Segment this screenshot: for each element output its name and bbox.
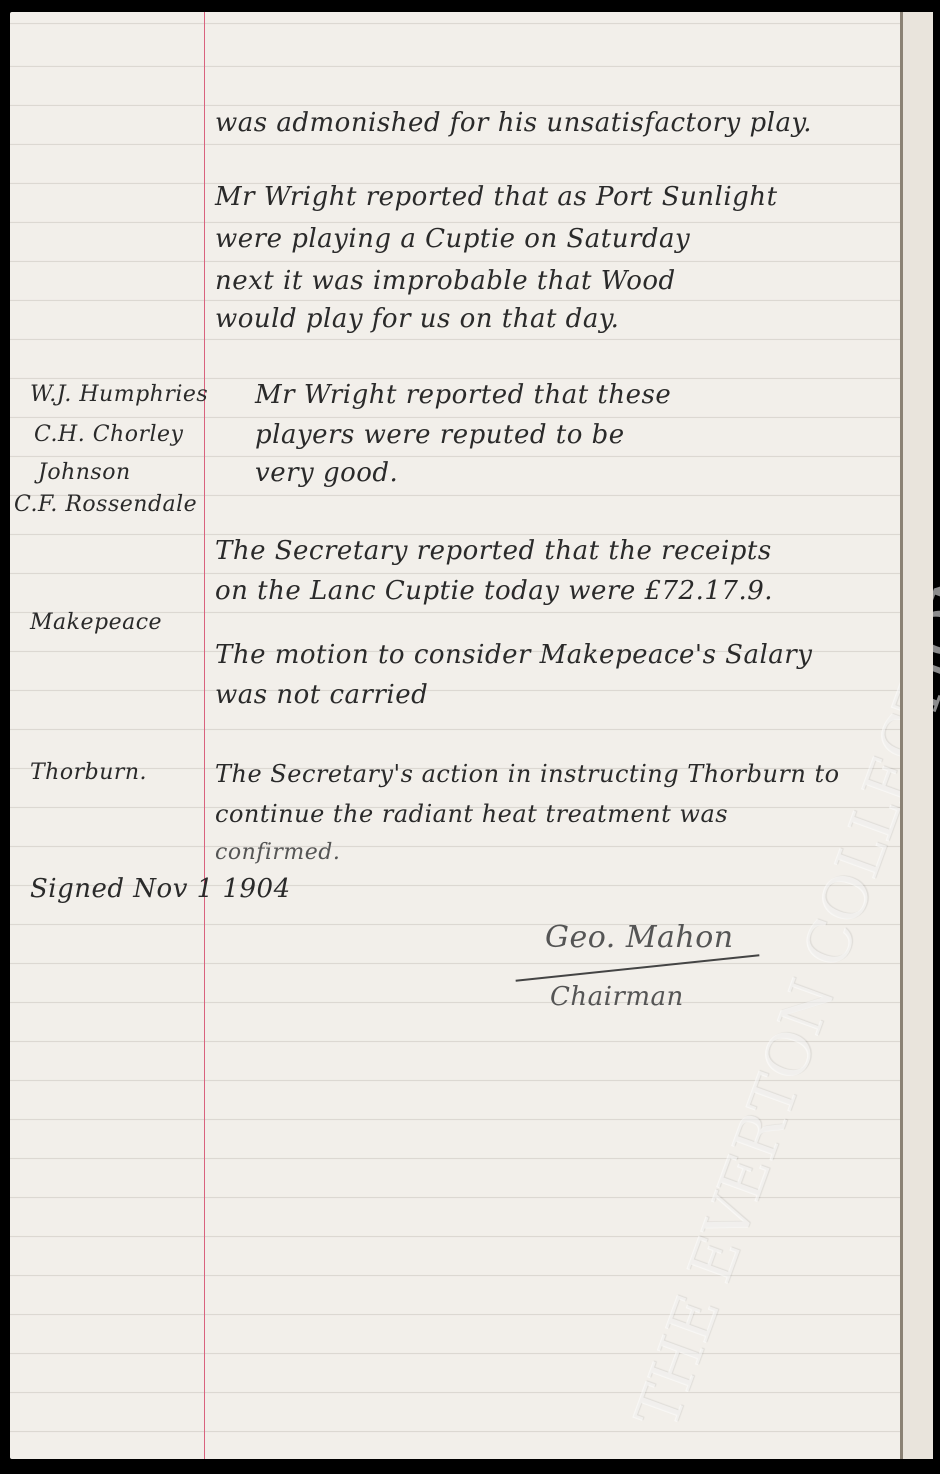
entry-line: were playing a Cuptie on Saturday [215,224,690,254]
margin-note: W.J. Humphries [30,382,208,407]
entry-line: on the Lanc Cuptie today were £72.17.9. [215,576,773,606]
entry-line: very good. [255,458,398,488]
entry-line: was admonished for his unsatisfactory pl… [215,108,812,138]
margin-note: Makepeace [30,610,162,635]
entry-line: next it was improbable that Wood [215,266,676,296]
entry-line: players were reputed to be [255,420,625,450]
margin-note: Thorburn. [30,760,147,785]
page-edge [900,12,933,1459]
watermark: THE EVERTON COLLECTION CHARITABLE TRUST [140,362,820,1062]
entry-line: would play for us on that day. [215,304,619,334]
entry-line: Mr Wright reported that as Port Sunlight [215,182,778,212]
margin-rule [204,12,205,1459]
margin-note: Johnson [38,460,131,485]
margin-note: C.H. Chorley [34,422,183,447]
signature-name: Geo. Mahon [545,920,734,955]
signature-flourish [516,954,760,982]
signature-title: Chairman [550,982,684,1012]
ledger-page: was admonished for his unsatisfactory pl… [10,12,910,1459]
entry-line: was not carried [215,680,428,710]
entry-line: continue the radiant heat treatment was [215,800,728,828]
entry-line: Mr Wright reported that these [255,380,671,410]
entry-line: The Secretary reported that the receipts [215,536,772,566]
signed-date: Signed Nov 1 1904 [30,874,291,904]
entry-line: The Secretary's action in instructing Th… [215,760,840,788]
entry-line: confirmed. [215,840,340,865]
entry-line: The motion to consider Makepeace's Salar… [215,640,812,670]
margin-note: C.F. Rossendale [14,492,197,517]
